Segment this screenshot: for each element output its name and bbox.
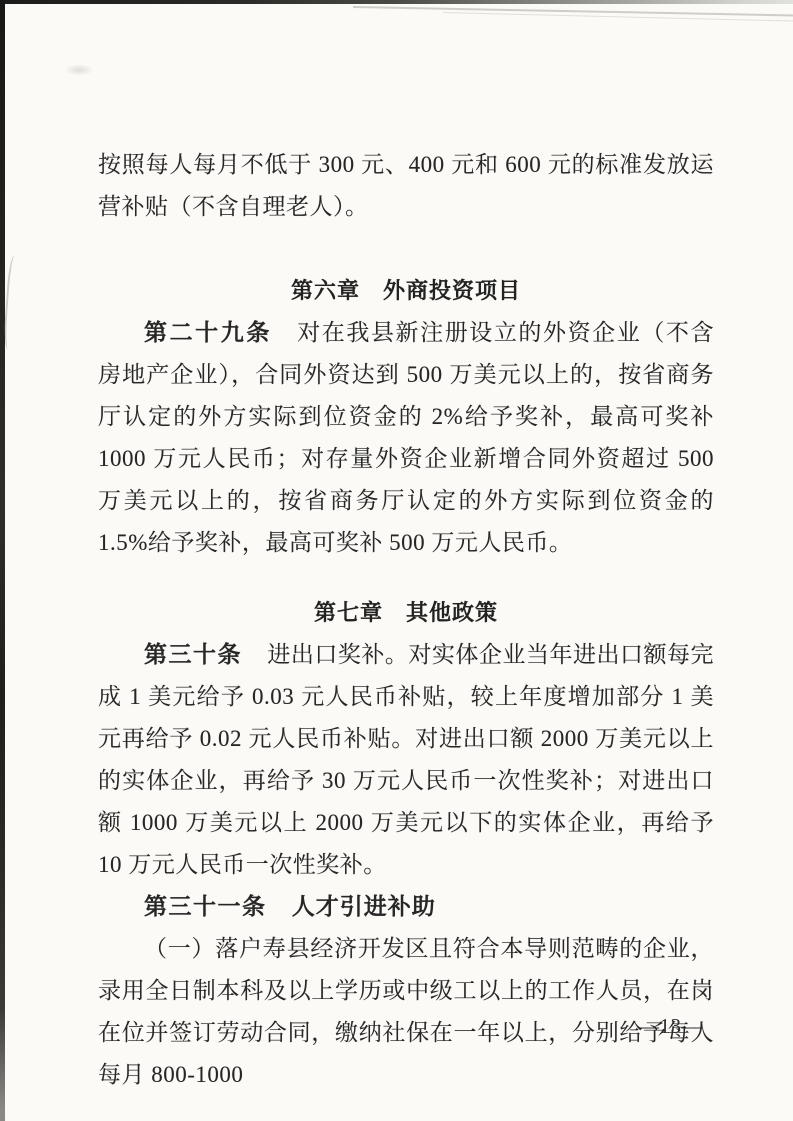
page-number: —13— [638,1014,703,1039]
article-31-heading-line: 第三十一条人才引进补助 [98,886,714,928]
article-30-text: 进出口奖补。对实体企业当年进出口额每完成 1 美元给予 0.03 元人民币补贴，… [98,642,714,877]
chapter-7-heading: 第七章 其他政策 [98,592,714,634]
article-29-paragraph: 第二十九条对在我县新注册设立的外资企业（不含房地产企业），合同外资达到 500 … [98,312,714,564]
article-30-number: 第三十条 [144,642,242,667]
chapter-6-heading: 第六章 外商投资项目 [98,270,714,312]
article-31-number: 第三十一条 [144,894,267,919]
paragraph-operating-subsidy-continuation: 按照每人每月不低于 300 元、400 元和 600 元的标准发放运营补贴（不含… [98,144,714,228]
article-31-title: 人才引进补助 [292,894,436,919]
scan-artifact-left-wisp [3,255,21,351]
article-29-number: 第二十九条 [144,320,272,345]
article-29-text: 对在我县新注册设立的外资企业（不含房地产企业），合同外资达到 500 万美元以上… [98,320,714,555]
article-31-item-1: （一）落户寿县经济开发区且符合本导则范畴的企业，录用全日制本科及以上学历或中级工… [98,928,714,1096]
scan-artifact-top-edge [0,0,793,4]
article-30-paragraph: 第三十条进出口奖补。对实体企业当年进出口额每完成 1 美元给予 0.03 元人民… [98,634,714,886]
scan-artifact-corner-smudge [64,64,94,76]
scanned-document-page: 按照每人每月不低于 300 元、400 元和 600 元的标准发放运营补贴（不含… [0,0,793,1121]
scan-artifact-left-edge [0,0,5,1121]
page-content: 按照每人每月不低于 300 元、400 元和 600 元的标准发放运营补贴（不含… [98,144,714,1096]
